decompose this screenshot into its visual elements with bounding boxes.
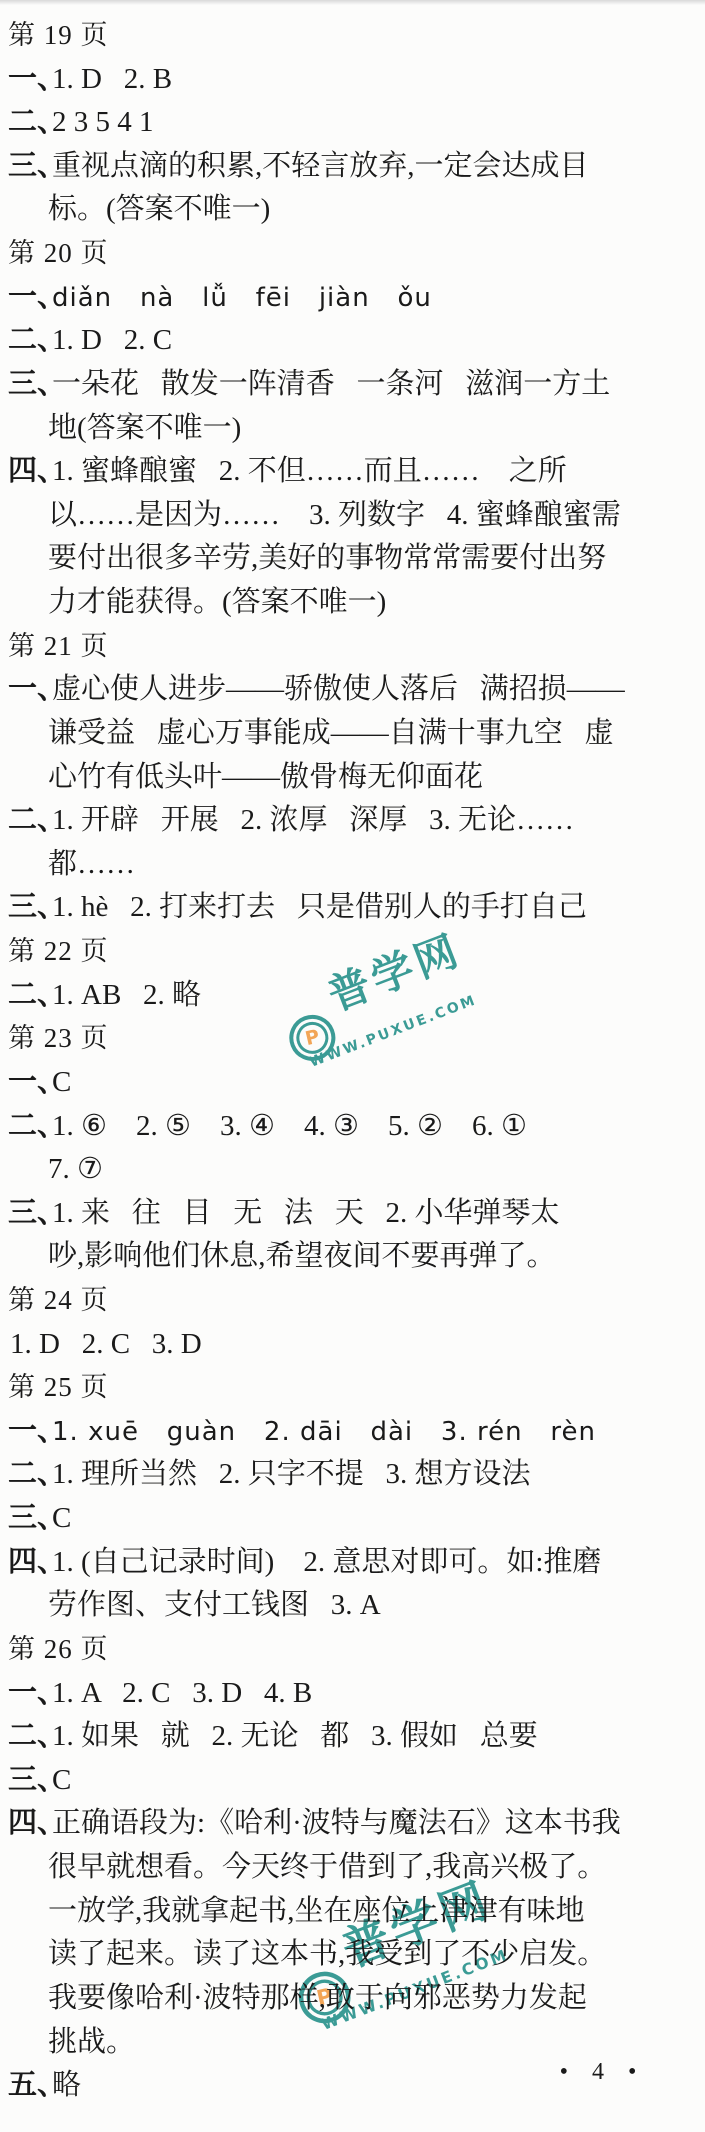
- line-text: 我要像哈利·波特那样,敢于向邪恶势力发起: [48, 1982, 587, 2014]
- line-text: 1. xuē guàn 2. dāi dài 3. rén rèn: [52, 1417, 596, 1447]
- line-text: 很早就想看。今天终于借到了,我高兴极了。: [48, 1851, 606, 1883]
- line-text: C: [52, 1502, 71, 1534]
- page-header-line: 第 26 页: [8, 1627, 109, 1671]
- answer-line: 1. D 2. C 3. D: [10, 1322, 202, 1366]
- answer-line: 三、C: [8, 1758, 71, 1802]
- line-text: C: [52, 1764, 71, 1796]
- line-text: 正确语段为:《哈利·波特与魔法石》这本书我: [52, 1807, 621, 1839]
- answer-line: 一、C: [8, 1060, 71, 1104]
- answer-line: 一、diǎn nà lǚ fēi jiàn ǒu: [8, 275, 432, 319]
- answer-line: 吵,影响他们休息,希望夜间不要再弹了。: [48, 1234, 556, 1278]
- line-text: 力才能获得。(答案不唯一): [48, 586, 386, 618]
- line-text: 第 25 页: [8, 1372, 109, 1402]
- answer-line: 四、正确语段为:《哈利·波特与魔法石》这本书我: [8, 1801, 621, 1845]
- line-text: 地(答案不唯一): [48, 412, 241, 444]
- line-text: 第 20 页: [8, 238, 109, 268]
- line-text: 谦受益 虚心万事能成——自满十事九空 虚: [48, 717, 614, 749]
- answer-line: 很早就想看。今天终于借到了,我高兴极了。: [48, 1845, 606, 1889]
- line-text: 一朵花 散发一阵清香 一条河 滋润一方土: [52, 368, 610, 400]
- line-text: 1. D 2. C 3. D: [10, 1328, 202, 1360]
- answer-line: 劳作图、支付工钱图 3. A: [48, 1583, 381, 1627]
- line-text: 1. AB 2. 略: [52, 979, 201, 1011]
- line-text: 1. A 2. C 3. D 4. B: [52, 1677, 312, 1709]
- page-header-line: 第 25 页: [8, 1365, 109, 1409]
- answer-line: 三、1. hè 2. 打来打去 只是借别人的手打自己: [8, 885, 587, 929]
- answer-line: 二、1. ⑥ 2. ⑤ 3. ④ 4. ③ 5. ② 6. ①: [8, 1104, 527, 1148]
- line-text: 2 3 5 4 1: [52, 106, 154, 138]
- line-text: 都……: [48, 848, 135, 880]
- line-text: 1. 开辟 开展 2. 浓厚 深厚 3. 无论……: [52, 804, 574, 836]
- puxue-watermark: P 普学网 WWW.PUXUE.COM: [273, 922, 512, 1093]
- answer-line: 二、1. 如果 就 2. 无论 都 3. 假如 总要: [8, 1714, 538, 1758]
- page-header-line: 第 19 页: [8, 13, 109, 57]
- answer-line: 一、1. D 2. B: [8, 57, 172, 101]
- watermark-p-icon: P: [303, 1027, 321, 1049]
- line-text: 1. 蜜蜂酿蜜 2. 不但……而且…… 之所: [52, 455, 567, 487]
- answer-line: 一、1. A 2. C 3. D 4. B: [8, 1671, 312, 1715]
- answer-line: 标。(答案不唯一): [48, 187, 270, 231]
- line-text: 1. D 2. B: [52, 63, 172, 95]
- line-text: 劳作图、支付工钱图 3. A: [48, 1589, 381, 1621]
- line-text: 心竹有低头叶——傲骨梅无仰面花: [48, 761, 483, 793]
- line-text: 1. 来 往 目 无 法 天 2. 小华弹琴太: [52, 1197, 560, 1229]
- answer-line: 三、C: [8, 1496, 71, 1540]
- line-text: 1. D 2. C: [52, 324, 172, 356]
- line-text: 1. (自己记录时间) 2. 意思对即可。如:推磨: [52, 1546, 601, 1578]
- answer-line: 心竹有低头叶——傲骨梅无仰面花: [48, 755, 483, 799]
- line-text: 要付出很多辛劳,美好的事物常常需要付出努: [48, 542, 606, 574]
- page-number: • 4 •: [545, 2054, 655, 2090]
- line-text: 吵,影响他们休息,希望夜间不要再弹了。: [48, 1240, 556, 1272]
- page-header-line: 第 24 页: [8, 1278, 109, 1322]
- scan-edge: [0, 0, 705, 5]
- answer-line: 7. ⑦: [48, 1147, 103, 1191]
- answer-line: 一放学,我就拿起书,坐在座位上津津有味地: [48, 1889, 585, 1933]
- answer-line: 二、1. 理所当然 2. 只字不提 3. 想方设法: [8, 1452, 531, 1496]
- answer-line: 三、重视点滴的积累,不轻言放弃,一定会达成目: [8, 144, 589, 188]
- line-text: 第 26 页: [8, 1634, 109, 1664]
- page-header-line: 第 21 页: [8, 624, 109, 668]
- answer-line: 三、1. 来 往 目 无 法 天 2. 小华弹琴太: [8, 1191, 560, 1235]
- line-text: 重视点滴的积累,不轻言放弃,一定会达成目: [52, 150, 589, 182]
- line-text: 1. 如果 就 2. 无论 都 3. 假如 总要: [52, 1720, 538, 1752]
- line-text: 第 19 页: [8, 20, 109, 50]
- line-text: 7. ⑦: [48, 1153, 103, 1185]
- answer-line: 我要像哈利·波特那样,敢于向邪恶势力发起: [48, 1976, 587, 2020]
- answer-line: 四、1. (自己记录时间) 2. 意思对即可。如:推磨: [8, 1540, 601, 1584]
- answer-line: 以……是因为…… 3. 列数字 4. 蜜蜂酿蜜需: [48, 493, 621, 537]
- answer-line: 二、1. D 2. C: [8, 318, 172, 362]
- answer-line: 五、略: [8, 2063, 81, 2107]
- answer-line: 力才能获得。(答案不唯一): [48, 580, 386, 624]
- answer-line: 挑战。: [48, 2020, 135, 2064]
- answer-line: 二、1. AB 2. 略: [8, 973, 201, 1017]
- line-text: 第 24 页: [8, 1285, 109, 1315]
- answer-line: 地(答案不唯一): [48, 406, 241, 450]
- line-text: 第 22 页: [8, 936, 109, 966]
- answer-line: 二、2 3 5 4 1: [8, 100, 154, 144]
- answer-line: 都……: [48, 842, 135, 886]
- line-text: 1. 理所当然 2. 只字不提 3. 想方设法: [52, 1458, 531, 1490]
- answer-line: 二、1. 开辟 开展 2. 浓厚 深厚 3. 无论……: [8, 798, 574, 842]
- page-header-line: 第 22 页: [8, 929, 109, 973]
- line-text: C: [52, 1066, 71, 1098]
- answer-line: 读了起来。读了这本书,我受到了不少启发。: [48, 1932, 606, 1976]
- answer-line: 一、1. xuē guàn 2. dāi dài 3. rén rèn: [8, 1409, 596, 1453]
- line-text: 第 23 页: [8, 1023, 109, 1053]
- line-text: 1. hè 2. 打来打去 只是借别人的手打自己: [52, 891, 587, 923]
- line-text: 标。(答案不唯一): [48, 193, 270, 225]
- page-header-line: 第 23 页: [8, 1016, 109, 1060]
- answer-line: 谦受益 虚心万事能成——自满十事九空 虚: [48, 711, 614, 755]
- line-text: 虚心使人进步——骄傲使人落后 满招损——: [52, 673, 625, 705]
- line-text: 1. ⑥ 2. ⑤ 3. ④ 4. ③ 5. ② 6. ①: [52, 1110, 527, 1142]
- line-text: 以……是因为…… 3. 列数字 4. 蜜蜂酿蜜需: [48, 499, 621, 531]
- answer-line: 要付出很多辛劳,美好的事物常常需要付出努: [48, 536, 606, 580]
- line-text: 读了起来。读了这本书,我受到了不少启发。: [48, 1938, 606, 1970]
- answer-line: 一、虚心使人进步——骄傲使人落后 满招损——: [8, 667, 625, 711]
- line-text: diǎn nà lǚ fēi jiàn ǒu: [52, 283, 432, 313]
- line-text: 略: [52, 2069, 81, 2101]
- line-text: 第 21 页: [8, 631, 109, 661]
- page-header-line: 第 20 页: [8, 231, 109, 275]
- answer-line: 三、一朵花 散发一阵清香 一条河 滋润一方土: [8, 362, 610, 406]
- answer-line: 四、1. 蜜蜂酿蜜 2. 不但……而且…… 之所: [8, 449, 567, 493]
- line-text: 一放学,我就拿起书,坐在座位上津津有味地: [48, 1895, 585, 1927]
- answer-sheet-page: 第 19 页一、1. D 2. B二、2 3 5 4 1三、重视点滴的积累,不轻…: [0, 0, 705, 2132]
- line-text: 挑战。: [48, 2026, 135, 2058]
